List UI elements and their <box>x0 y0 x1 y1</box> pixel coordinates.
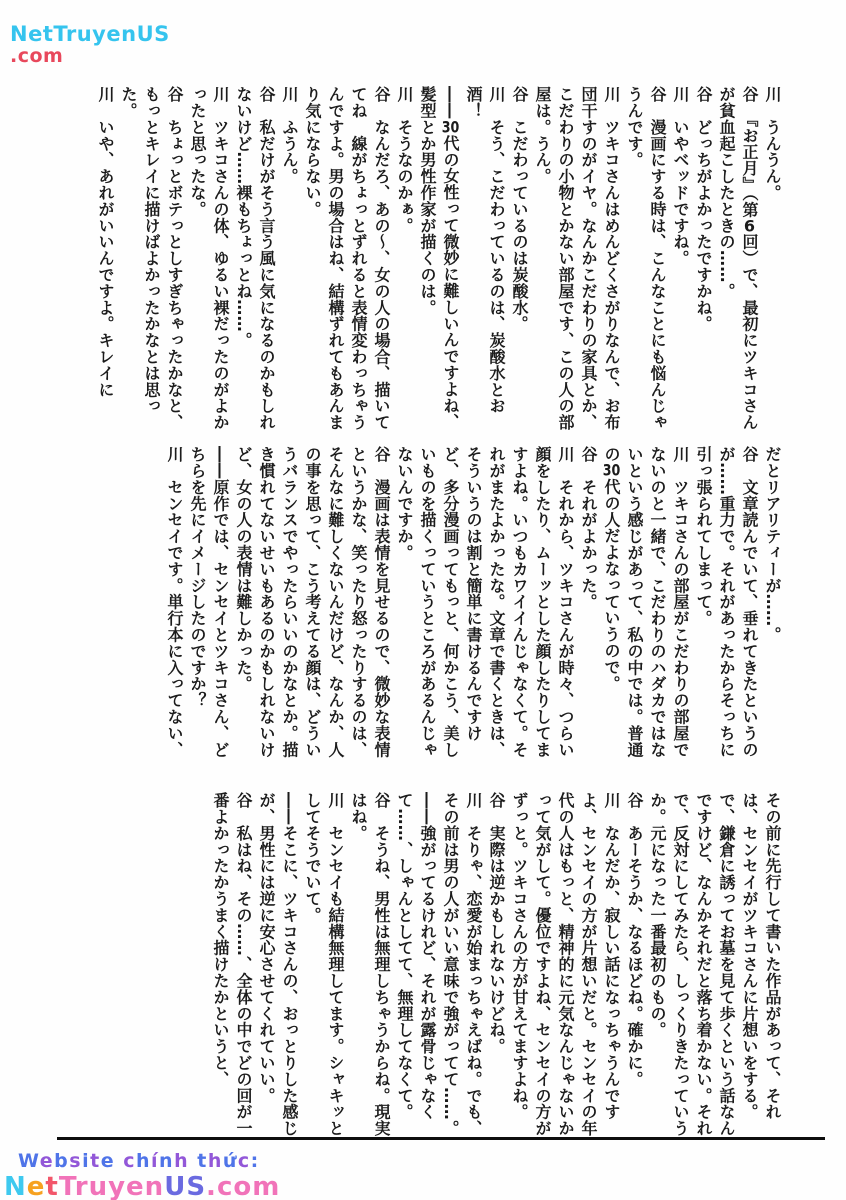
interview-paragraph: 川 ツキコさんはめんどくさがりなんで、お布団干すのがイヤ。なんかこだわりの家具と… <box>531 86 623 432</box>
interview-paragraph: その前に先行して書いた作品があって、それは、センセイがツキコさんに片想いをする。… <box>646 792 784 1140</box>
footer-official-label: Website chính thức: <box>18 1150 260 1172</box>
interview-paragraph: 川 それから、ツキコさんが時々、つらい顔をしたり、ムーッとした顔したりしてますよ… <box>393 446 577 768</box>
interview-paragraph: 川 センセイも結構無理してます。シャキッとしてそうでいて。 <box>301 792 347 1140</box>
interview-paragraph: 谷 ちょっとボテっとしすぎちゃったかなと、もっとキレイに描けばよかったかなとは思… <box>117 86 186 432</box>
interview-paragraph: 谷 なんだろ、あの～、女の人の場合、描いててね 線がちょっとずれると表情変わっち… <box>301 86 393 432</box>
interview-paragraph: 谷 漫画にする時は、こんなことにも悩んじゃうんです。 <box>623 86 669 432</box>
interview-paragraph: 谷 どっちがよかったですかね。 <box>692 86 715 432</box>
interview-paragraph: 川 ふうん。 <box>278 86 301 432</box>
interview-paragraph: ――強がってるけれど、それが露骨じゃなくて……、しゃんとしてて、無理してなくて。 <box>393 792 439 1140</box>
footer-site-name: NetTruyenUS.com <box>4 1172 280 1200</box>
interview-paragraph: ――30代の女性って微妙に難しいんですよね、髪型とか男性作家が描くのは。 <box>416 86 462 432</box>
interview-paragraph: 川 センセイです。単行本に入ってない、 <box>163 446 186 768</box>
interview-paragraph: 谷 それがよかった。 <box>577 446 600 768</box>
interview-paragraph: 谷 私はね、その……、全体の中でどの回が一番よかったかうまく描けたかというと、 <box>209 792 255 1140</box>
interview-paragraph: だとリアリティーが……。 <box>761 446 784 768</box>
interview-paragraph: 谷 私だけがそう言う風に気になるのかもしれないけど……裸もちょっとね……。 <box>232 86 278 432</box>
interview-band-bottom: その前に先行して書いた作品があって、それは、センセイがツキコさんに片想いをする。… <box>62 792 784 1140</box>
watermark-top-domain: .com <box>10 46 170 68</box>
interview-paragraph: ――原作では、センセイとツキコさん、どちらを先にイメージしたのですか？ <box>186 446 232 768</box>
interview-paragraph: 谷 実際は逆かもしれないけどね。 <box>485 792 508 1140</box>
interview-paragraph: 谷 こだわっているのは炭酸水。 <box>508 86 531 432</box>
interview-paragraph: 川 ツキコさんの体、ゆるい裸だったのがよかったと思ったな。 <box>186 86 232 432</box>
interview-paragraph: 川 そりゃ、恋愛が始まっちゃえばね。でも、その前は男の人がいい意味で強がってて…… <box>439 792 485 1140</box>
scanned-book-page: NetTruyenUS .com 川 うんうん。谷 『お正月』（第6回）で、最初… <box>0 0 846 1200</box>
interview-paragraph: 谷 文章読んでいて、垂れてきたというのが……重力で。それがあったからそっちに引っ… <box>692 446 761 768</box>
interview-paragraph: 川 そう、こだわっているのは、炭酸水とお酒！ <box>462 86 508 432</box>
interview-paragraph: 谷 あーそうか、なるほどね。確かに。 <box>623 792 646 1140</box>
interview-paragraph: 川 いやベッドですね。 <box>669 86 692 432</box>
footer-divider <box>57 1137 825 1140</box>
interview-band-middle: だとリアリティーが……。谷 文章読んでいて、垂れてきたというのが……重力で。それ… <box>62 446 784 768</box>
interview-paragraph: 川 うんうん。 <box>761 86 784 432</box>
interview-paragraph: 川 そうなのかぁ。 <box>393 86 416 432</box>
interview-paragraph: ――そこに、ツキコさんの、おっとりした感じが、男性には逆に安心させてくれていい。 <box>255 792 301 1140</box>
interview-band-top: 川 うんうん。谷 『お正月』（第6回）で、最初にツキコさんが貧血起こしたときの…… <box>62 86 784 432</box>
interview-paragraph: 谷 漫画は表情を見せるので、微妙な表情というかな、笑ったり怒ったりするのは、そん… <box>232 446 393 768</box>
watermark-top: NetTruyenUS .com <box>10 22 170 68</box>
interview-paragraph: 谷 そうね、男性は無理しちゃうからね。現実はね。 <box>347 792 393 1140</box>
interview-paragraph: 川 ツキコさんの部屋がこだわりの部屋でないのと一緒で、こだわりのハダカではないと… <box>600 446 692 768</box>
interview-paragraph: 谷 『お正月』（第6回）で、最初にツキコさんが貧血起こしたときの……。 <box>715 86 761 432</box>
watermark-top-site: NetTruyenUS <box>10 22 170 46</box>
interview-paragraph: 川 いや、あれがいいんですよ。キレイに <box>94 86 117 432</box>
interview-paragraph: 川 なんだか、寂しい話になっちゃうんですよ、センセイの方が片想いだと。センセイの… <box>508 792 623 1140</box>
